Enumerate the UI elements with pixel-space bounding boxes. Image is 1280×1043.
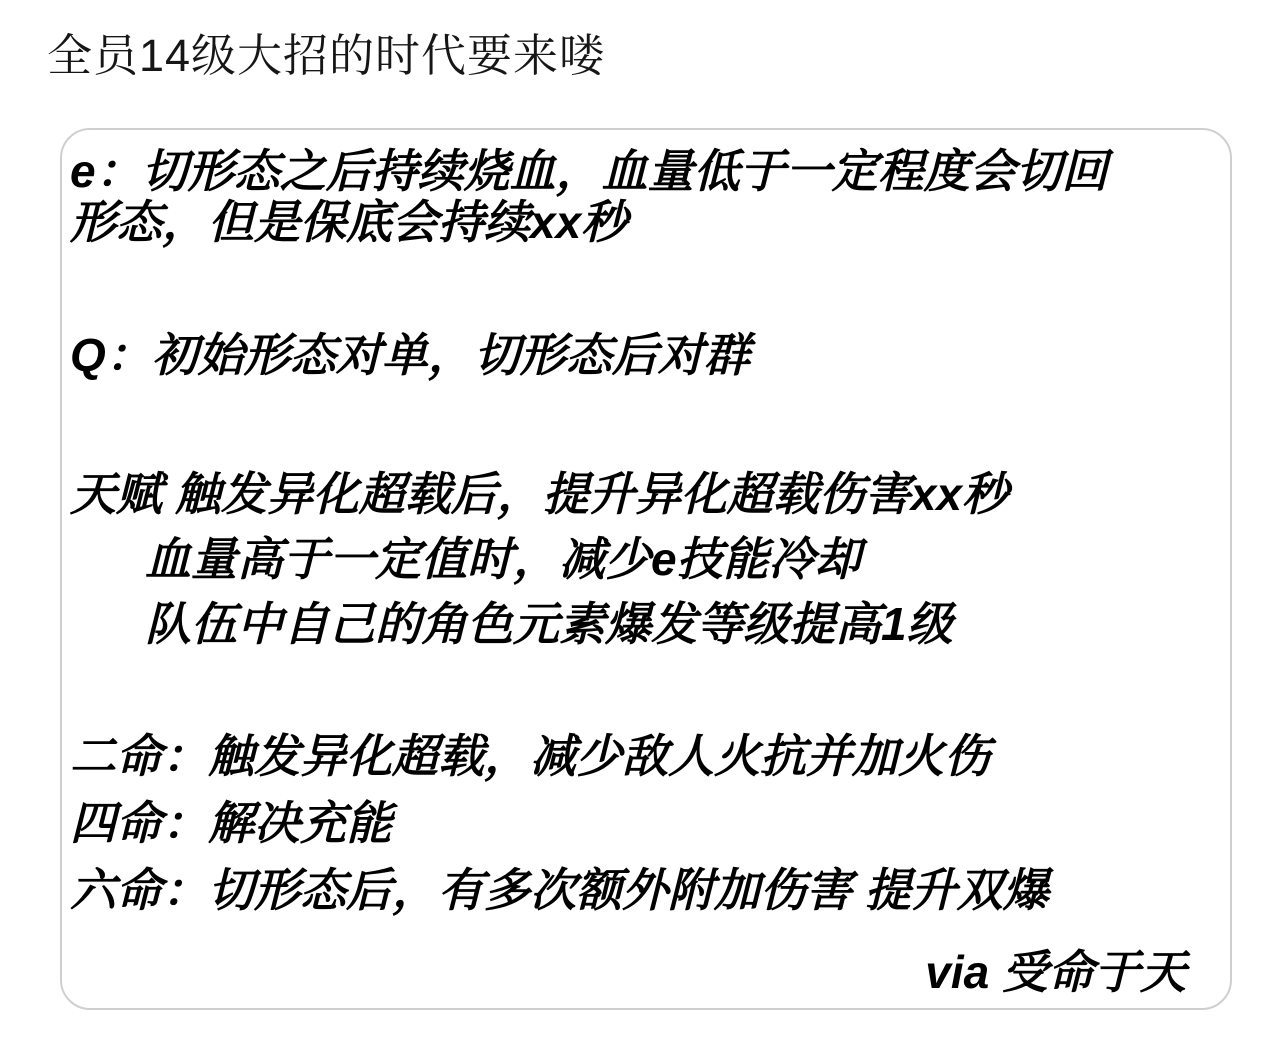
attribution: via 受命于天: [70, 942, 1220, 1002]
constellation-c4-line: 四命：解决充能: [70, 790, 1220, 857]
talent-line-1: 天赋 触发异化超载后，提升异化超载伤害xx秒: [70, 462, 1220, 527]
constellations-paragraph: 二命：触发异化超载，减少敌人火抗并加火伤 四命：解决充能 六命：切形态后，有多次…: [70, 723, 1220, 924]
skill-q-line: Q：初始形态对单，切形态后对群: [70, 324, 1220, 386]
constellation-c6-line: 六命：切形态后，有多次额外附加伤害 提升双爆: [70, 857, 1220, 924]
constellation-c2-line: 二命：触发异化超载，减少敌人火抗并加火伤: [70, 723, 1220, 790]
skill-e-paragraph: e：切形态之后持续烧血，血量低于一定程度会切回 形态，但是保底会持续xx秒: [70, 146, 1220, 248]
skill-e-line-2: 形态，但是保底会持续xx秒: [70, 197, 1220, 248]
talent-line-2: 血量高于一定值时，减少e技能冷却: [70, 527, 1220, 592]
note-card: e：切形态之后持续烧血，血量低于一定程度会切回 形态，但是保底会持续xx秒 Q：…: [60, 128, 1232, 1010]
talent-paragraph: 天赋 触发异化超载后，提升异化超载伤害xx秒 血量高于一定值时，减少e技能冷却 …: [70, 462, 1220, 657]
skill-e-line-1: e：切形态之后持续烧血，血量低于一定程度会切回: [70, 146, 1220, 197]
page-title: 全员14级大招的时代要来喽: [47, 28, 1280, 84]
talent-line-3: 队伍中自己的角色元素爆发等级提高1级: [70, 592, 1220, 657]
skill-q-paragraph: Q：初始形态对单，切形态后对群: [70, 324, 1220, 386]
